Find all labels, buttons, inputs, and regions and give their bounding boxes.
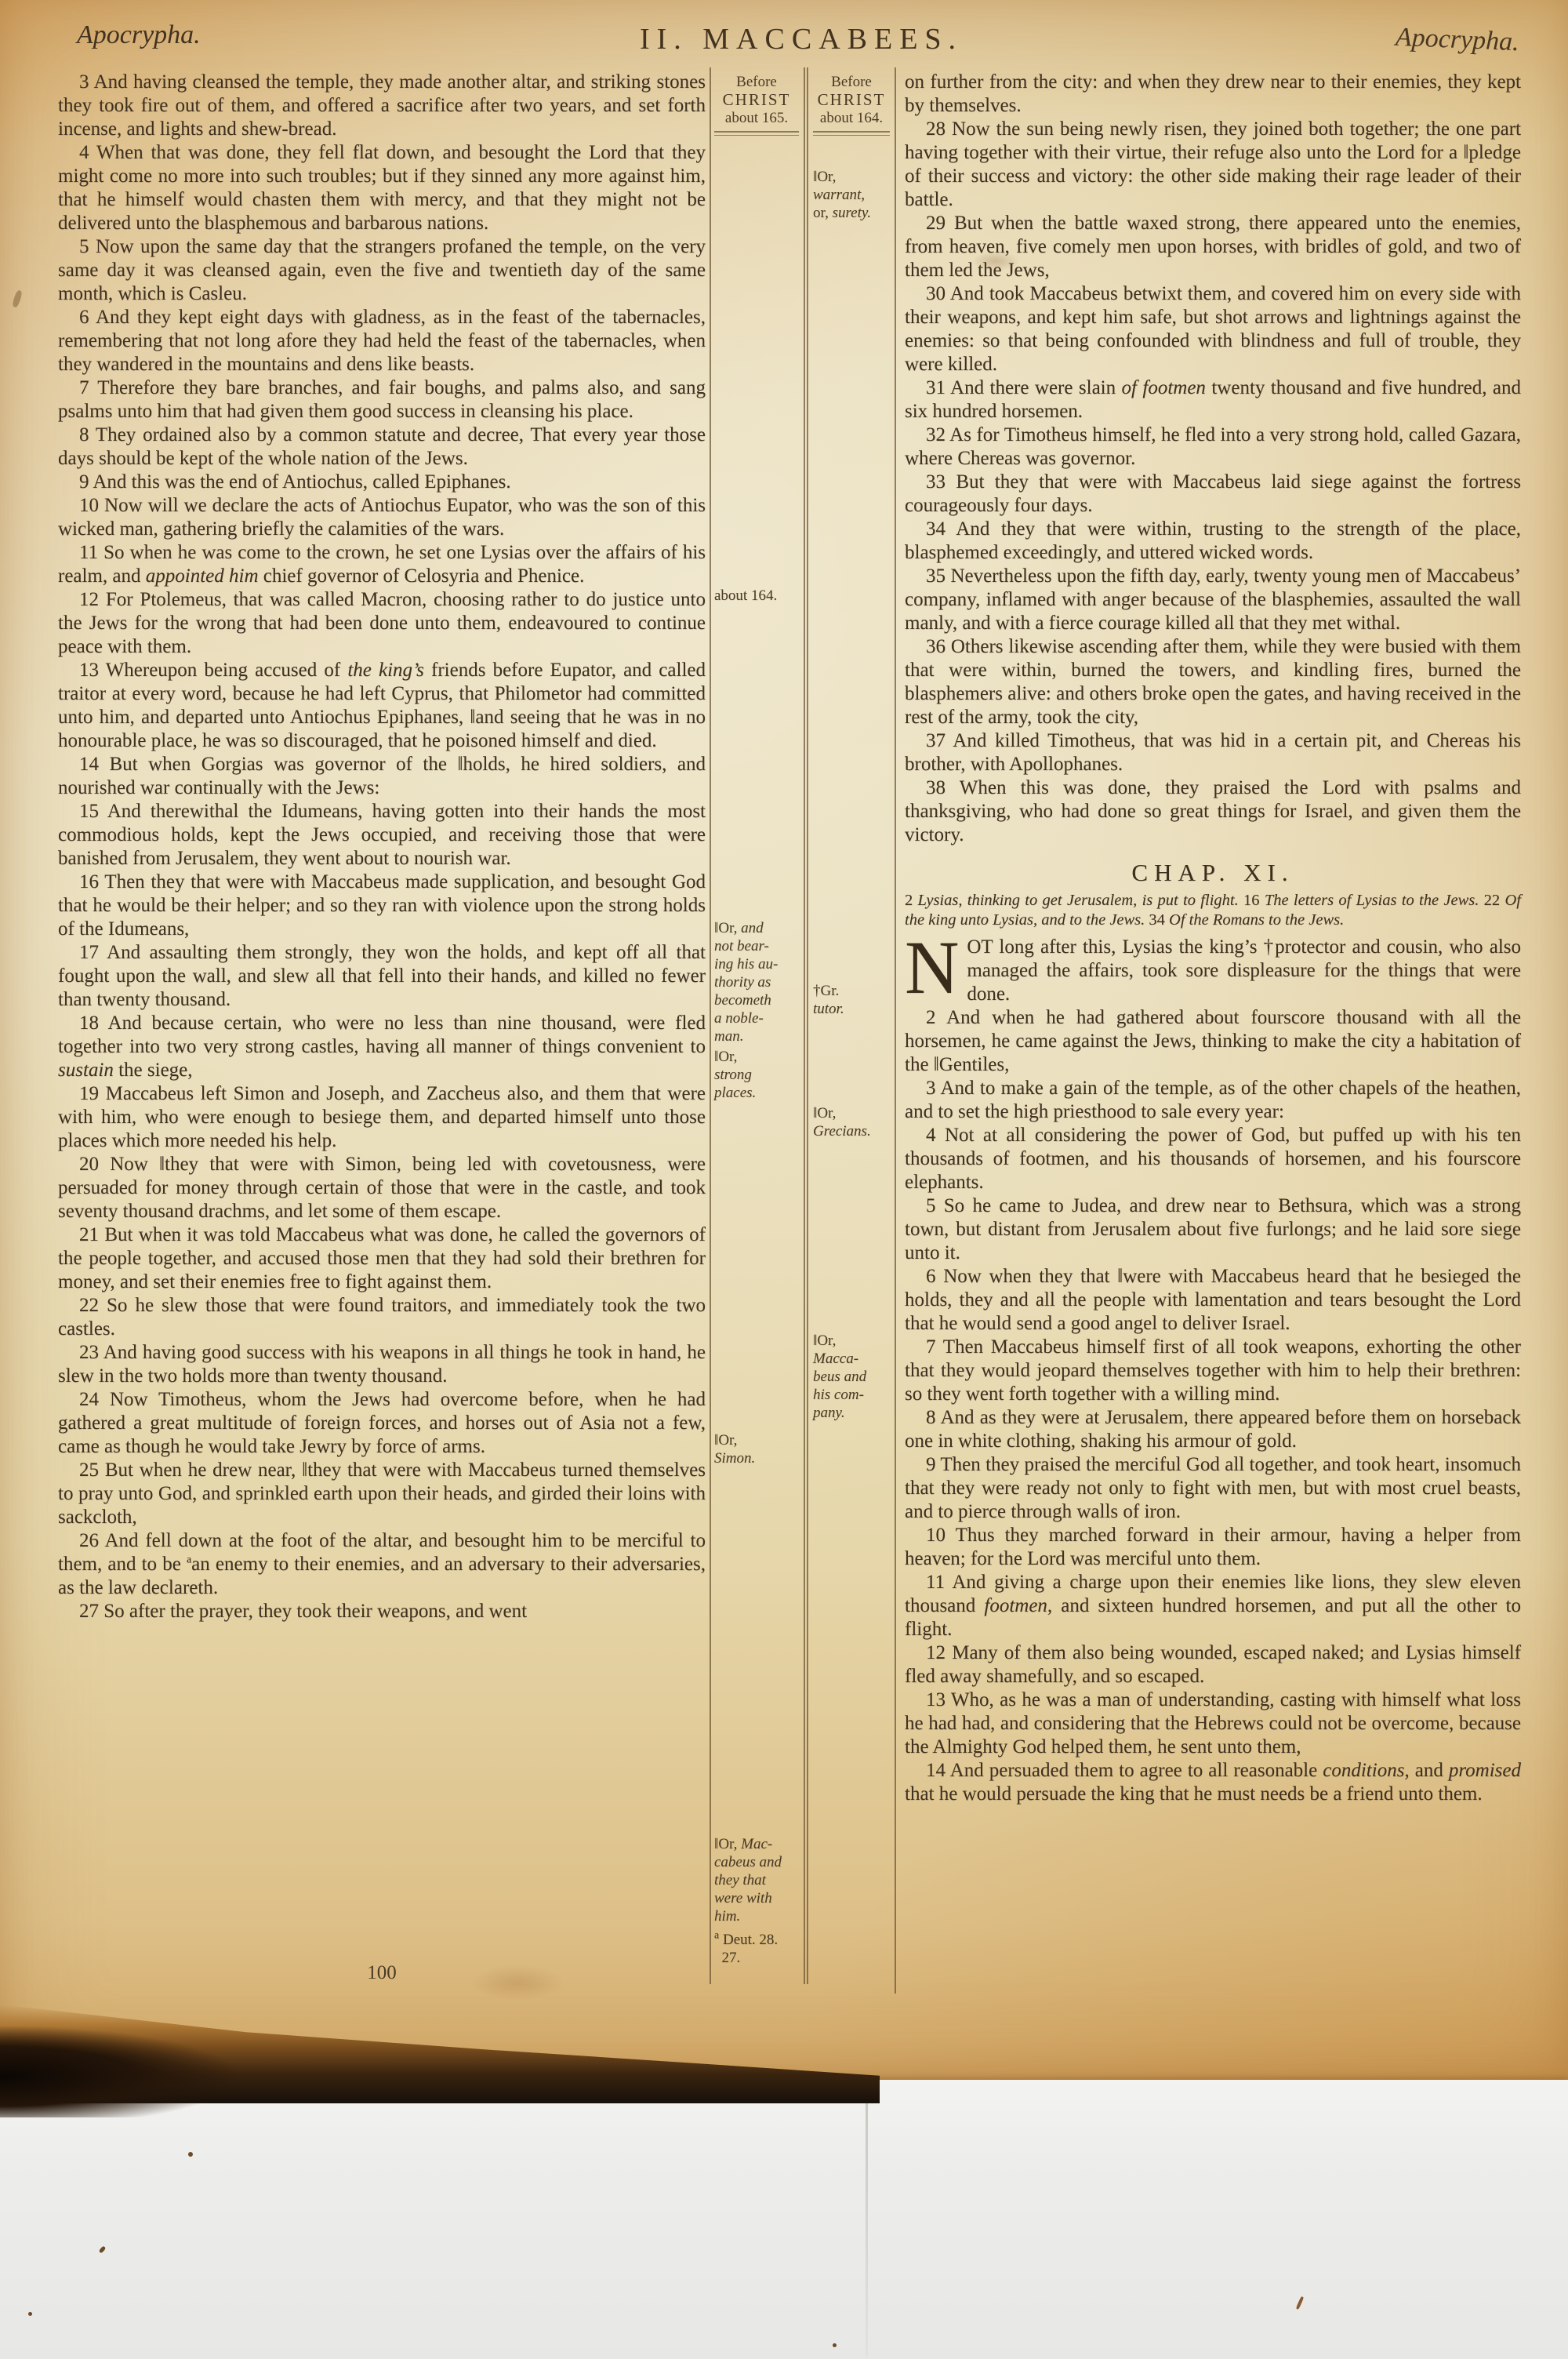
margin-note-line: a Deut. 28. (714, 1931, 802, 1949)
verse-number: 10 (79, 495, 99, 516)
verse-number: 32 (926, 424, 946, 445)
verse: 38 When this was done, they praised the … (905, 776, 1521, 847)
verse: 12 For Ptolemeus, that was called Macron… (58, 588, 706, 659)
verse: 36 Others likewise ascending after them,… (905, 635, 1521, 729)
verse-number: 34 (926, 518, 946, 540)
verse: 10 Now will we declare the acts of Antio… (58, 494, 706, 541)
verse-number: 24 (79, 1389, 99, 1410)
verse: 26 And fell down at the foot of the alta… (58, 1529, 706, 1600)
margin-note-line: 27. (714, 1949, 802, 1967)
margin-note: ‖Or, andnot bear-ing his au-thority asbe… (714, 919, 802, 1045)
verse-number: 7 (926, 1336, 936, 1358)
margin-note-line: becometh (714, 991, 802, 1009)
verse-number: 8 (926, 1407, 936, 1428)
verse-number: 21 (79, 1224, 99, 1245)
verse-number: 6 (79, 307, 89, 328)
verse-number: 11 (79, 542, 98, 563)
paper-speck (28, 2312, 32, 2316)
verse-continuation: on further from the city: and when they … (905, 71, 1521, 118)
verse-number: 36 (926, 636, 946, 657)
running-head-left: Apocrypha. (77, 20, 201, 50)
verse-number: 4 (79, 142, 89, 163)
verse: 18 And because certain, who were no less… (58, 1012, 706, 1082)
verse: NOT long after this, Lysias the king’s †… (905, 936, 1521, 1006)
verse: 20 Now ‖they that were with Simon, being… (58, 1153, 706, 1223)
verse: 5 So he came to Judea, and drew near to … (905, 1194, 1521, 1265)
verse: 34 And they that were within, trusting t… (905, 518, 1521, 565)
chapter-summary: 2 Lysias, thinking to get Jerusalem, is … (905, 891, 1521, 929)
verse: 7 Therefore they bare branches, and fair… (58, 376, 706, 423)
verse: 21 But when it was told Maccabeus what w… (58, 1223, 706, 1294)
verse: 27 So after the prayer, they took their … (58, 1600, 706, 1623)
verse-number: 6 (926, 1266, 936, 1287)
verse: 37 And killed Timotheus, that was hid in… (905, 729, 1521, 776)
margin-note-line: ‖Or, (813, 168, 891, 186)
paper-speck (188, 2152, 193, 2157)
margin-note-line: strong (714, 1066, 802, 1084)
verse-number: 31 (926, 377, 946, 398)
verse: 6 Now when they that ‖were with Maccabeu… (905, 1265, 1521, 1336)
before-christ-line: about 164. (811, 109, 892, 127)
book-photo: Apocrypha. II. MACCABEES. Apocrypha. Bef… (0, 0, 1568, 2359)
verse-number: 33 (926, 471, 946, 493)
verse-number: 9 (79, 471, 89, 493)
book-page: Apocrypha. II. MACCABEES. Apocrypha. Bef… (0, 0, 1568, 2088)
before-christ-line: about 165. (712, 109, 801, 127)
verse-number: 5 (926, 1195, 936, 1216)
margin-note: ‖Or,Macca-beus andhis com-pany. (813, 1332, 891, 1422)
margin-note-line: thority as (714, 973, 802, 991)
verse-number: 15 (79, 801, 99, 822)
left-text-column: 3 And having cleansed the temple, they m… (58, 71, 706, 1623)
verse: 8 And as they were at Jerusalem, there a… (905, 1406, 1521, 1453)
verse: 14 But when Gorgias was governor of the … (58, 753, 706, 800)
verse-number: 26 (79, 1530, 99, 1551)
margin-note-line: Simon. (714, 1449, 802, 1467)
margin-note-line: tutor. (813, 1000, 891, 1018)
verse-number: 11 (926, 1572, 945, 1593)
verse: 30 And took Maccabeus betwixt them, and … (905, 282, 1521, 376)
verse-number: 10 (926, 1525, 946, 1546)
chapter-heading: CHAP. XI. (905, 861, 1521, 885)
margin-note-line: ‖Or, (714, 1431, 802, 1449)
margin-note-line: ‖Or, and (714, 919, 802, 937)
verse-number: 14 (926, 1760, 946, 1781)
verse-number: 16 (79, 871, 99, 892)
margin-note-line: ‖Or, (813, 1332, 891, 1350)
margin-note-line: him. (714, 1907, 802, 1925)
before-christ-line: CHRIST (811, 90, 892, 109)
gutter-rule-middle-double (804, 67, 808, 1984)
margin-note-line: his com- (813, 1386, 891, 1404)
before-christ-165-header: Before CHRIST about 165. (712, 74, 801, 136)
margin-note-line: ‖Or, (813, 1104, 891, 1122)
backing-surface (0, 2080, 1568, 2359)
verse-number: 14 (79, 754, 99, 775)
verse: 3 And to make a gain of the temple, as o… (905, 1077, 1521, 1124)
verse-number: 38 (926, 777, 946, 798)
verse-number: 25 (79, 1459, 99, 1481)
running-head-title: II. MACCABEES. (640, 22, 963, 56)
verse-number: 9 (926, 1454, 936, 1475)
verse: 14 And persuaded them to agree to all re… (905, 1759, 1521, 1806)
verse: 19 Maccabeus left Simon and Joseph, and … (58, 1082, 706, 1153)
verse: 4 Not at all considering the power of Go… (905, 1124, 1521, 1194)
margin-note-line: ‖Or, Mac- (714, 1835, 802, 1853)
double-rule (813, 131, 890, 136)
margin-note-line: ing his au- (714, 955, 802, 973)
verse: 9 And this was the end of Antiochus, cal… (58, 471, 706, 494)
margin-note: ‖Or, Mac-cabeus andthey thatwere withhim… (714, 1835, 802, 1925)
before-christ-164-header: Before CHRIST about 164. (811, 74, 892, 136)
verse: 9 Then they praised the merciful God all… (905, 1453, 1521, 1524)
margin-note-line: †Gr. (813, 982, 891, 1000)
verse-number: 23 (79, 1342, 99, 1363)
verse-number: 12 (79, 589, 99, 610)
verse-number: 28 (926, 118, 946, 140)
verse: 32 As for Timotheus himself, he fled int… (905, 423, 1521, 471)
verse: 16 Then they that were with Maccabeus ma… (58, 871, 706, 941)
margin-note-line: were with (714, 1889, 802, 1907)
screenshot-root: { "header": { "left": "Apocrypha.", "cen… (0, 0, 1568, 2359)
margin-note-line: Macca- (813, 1350, 891, 1368)
verse-number: 22 (79, 1295, 99, 1316)
margin-note-line: beus and (813, 1368, 891, 1386)
verse: 10 Thus they marched forward in their ar… (905, 1524, 1521, 1571)
paper-crease (866, 2083, 868, 2357)
verse: 5 Now upon the same day that the strange… (58, 235, 706, 306)
margin-note: a Deut. 28. 27. (714, 1931, 802, 1967)
margin-note: ‖Or,Simon. (714, 1431, 802, 1467)
paper-speck (1296, 2296, 1305, 2310)
margin-note-line: ‖Or, (714, 1048, 802, 1066)
verse-number: 27 (79, 1601, 99, 1622)
margin-note: about 164. (714, 587, 802, 605)
verse: 24 Now Timotheus, whom the Jews had over… (58, 1388, 706, 1459)
verse-number: 3 (79, 71, 89, 93)
before-christ-line: Before (712, 74, 801, 90)
paper-speck (833, 2343, 837, 2347)
verse-number: 5 (79, 236, 89, 257)
verse-number: 35 (926, 565, 946, 587)
verse: 25 But when he drew near, ‖they that wer… (58, 1459, 706, 1529)
verse-number: 13 (79, 660, 99, 681)
drop-cap: N (905, 936, 967, 997)
verse: 17 And assaulting them strongly, they wo… (58, 941, 706, 1012)
verse-number: 30 (926, 283, 946, 304)
verse-number: 20 (79, 1154, 99, 1175)
verse-number: 19 (79, 1083, 99, 1104)
verse-number: 8 (79, 424, 89, 445)
verse: 6 And they kept eight days with gladness… (58, 306, 706, 376)
before-christ-line: CHRIST (712, 90, 801, 109)
verse: 33 But they that were with Maccabeus lai… (905, 471, 1521, 518)
verse: 13 Who, as he was a man of understanding… (905, 1688, 1521, 1759)
margin-note-line: warrant, (813, 186, 891, 204)
running-head-right: Apocrypha. (1396, 23, 1520, 58)
margin-note-line: man. (714, 1027, 802, 1045)
margin-note-line: or, surety. (813, 204, 891, 222)
margin-note: †Gr.tutor. (813, 982, 891, 1018)
verse: 22 So he slew those that were found trai… (58, 1294, 706, 1341)
verse: 31 And there were slain of footmen twent… (905, 376, 1521, 423)
paper-speck (99, 2245, 107, 2253)
ink-mark (12, 289, 23, 307)
margin-note-line: cabeus and (714, 1853, 802, 1871)
double-rule (714, 131, 798, 136)
verse-number: 37 (926, 730, 946, 751)
gutter-rule-right (895, 67, 896, 1994)
verse-number: 29 (926, 213, 946, 234)
verse-number: 12 (926, 1642, 946, 1663)
verse: 8 They ordained also by a common statute… (58, 423, 706, 471)
verse: 2 And when he had gathered about foursco… (905, 1006, 1521, 1077)
verse: 7 Then Maccabeus himself first of all to… (905, 1336, 1521, 1406)
verse: 13 Whereupon being accused of the king’s… (58, 659, 706, 753)
verse-number: 18 (79, 1012, 99, 1034)
margin-note-line: a noble- (714, 1009, 802, 1027)
verse: 11 So when he was come to the crown, he … (58, 541, 706, 588)
verse: 29 But when the battle waxed strong, the… (905, 212, 1521, 282)
verse-number: 13 (926, 1689, 946, 1710)
verse: 3 And having cleansed the temple, they m… (58, 71, 706, 141)
right-text-column: on further from the city: and when they … (905, 71, 1521, 1806)
verse: 12 Many of them also being wounded, esca… (905, 1641, 1521, 1688)
margin-note-line: not bear- (714, 937, 802, 955)
verse: 11 And giving a charge upon their enemie… (905, 1571, 1521, 1641)
margin-note-line: they that (714, 1871, 802, 1889)
verse-number: 3 (926, 1078, 936, 1099)
margin-note: ‖Or,Grecians. (813, 1104, 891, 1140)
verse-number: 2 (926, 1007, 936, 1028)
page-number: 100 (58, 1962, 706, 1984)
margin-note-line: Grecians. (813, 1122, 891, 1140)
verse: 23 And having good success with his weap… (58, 1341, 706, 1388)
verse: 15 And therewithal the Idumeans, having … (58, 800, 706, 871)
book-edge-dark-corner (0, 2026, 235, 2117)
verse-number: 4 (926, 1125, 936, 1146)
margin-note-line: places. (714, 1084, 802, 1102)
margin-note-line: pany. (813, 1404, 891, 1422)
before-christ-line: Before (811, 74, 892, 90)
gutter-rule-left (710, 67, 711, 1984)
margin-note: ‖Or,strongplaces. (714, 1048, 802, 1102)
verse-number: 7 (79, 377, 89, 398)
verse: 4 When that was done, they fell flat dow… (58, 141, 706, 235)
verse: 28 Now the sun being newly risen, they j… (905, 118, 1521, 212)
margin-note-line: about 164. (714, 587, 802, 605)
verse: 35 Nevertheless upon the fifth day, earl… (905, 565, 1521, 635)
margin-note: ‖Or,warrant,or, surety. (813, 168, 891, 222)
verse-number: 17 (79, 942, 99, 963)
